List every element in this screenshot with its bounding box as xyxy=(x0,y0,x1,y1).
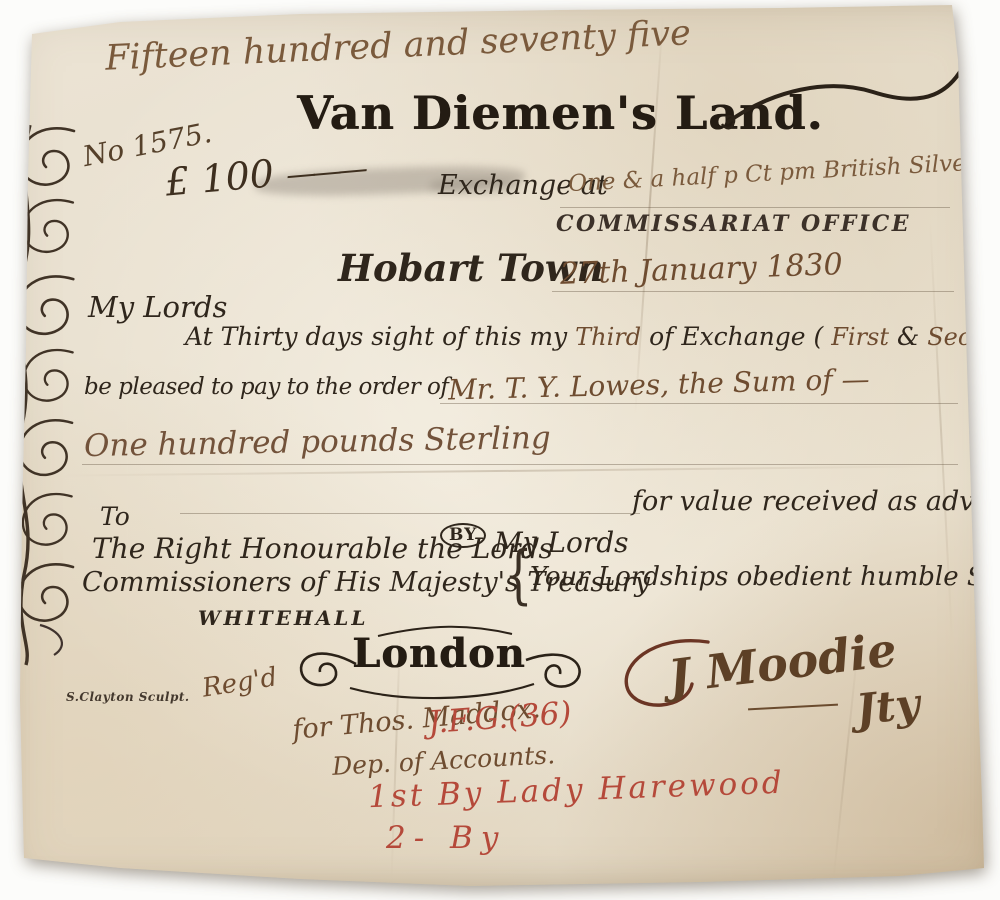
endorsement-second-written: 2- By xyxy=(386,820,506,856)
paper-crease xyxy=(60,465,940,476)
signature-underline xyxy=(748,704,838,711)
value-received-printed: for value received as advised xyxy=(632,486,1000,517)
payee-written: Mr. T. Y. Lowes, the Sum of — xyxy=(448,362,870,406)
amount-dash: ——— xyxy=(285,151,366,193)
sight-printed: At Thirty days sight of this my xyxy=(185,322,567,351)
london-label: London xyxy=(352,630,526,677)
to-label: To xyxy=(100,502,130,531)
engraver-imprint: S.Clayton Sculpt. xyxy=(66,690,190,704)
curly-brace: { xyxy=(504,538,533,612)
sight-written-third: Third xyxy=(575,323,641,351)
closing-line2: Your Lordships obedient humble Servant. xyxy=(530,562,1000,592)
salutation: My Lords xyxy=(88,290,227,324)
reg-note-written: Reg'd xyxy=(200,662,279,703)
baseline-rule xyxy=(552,291,954,292)
sight-written-first: First xyxy=(831,323,889,351)
exchange-rate-written: One & a half p Ct pm British Silver / xyxy=(568,149,993,197)
sight-printed: of Exchange ( xyxy=(649,322,823,351)
baseline-rule xyxy=(82,464,958,465)
baseline-rule xyxy=(180,513,640,514)
by-label: BY xyxy=(440,523,486,548)
baseline-rule xyxy=(440,403,958,404)
swash-flourish-icon xyxy=(718,18,978,138)
pay-order-printed: be pleased to pay to the order of xyxy=(84,374,448,400)
paper-background: Fifteen hundred and seventy five Van Die… xyxy=(0,0,1000,900)
sight-clause: At Thirty days sight of this my Third of… xyxy=(185,322,1000,351)
signature-paraph-written: Jty xyxy=(854,679,922,734)
amount-words-written: One hundred pounds Sterling xyxy=(84,420,551,464)
by-seal: BY xyxy=(440,525,486,545)
baseline-rule xyxy=(560,207,950,208)
memo-line: Fifteen hundred and seventy five xyxy=(104,13,691,79)
office-heading: COMMISSARIAT OFFICE xyxy=(556,211,911,237)
amount-value: £ 100 xyxy=(163,151,275,204)
sight-written-second: Second xyxy=(927,323,1000,351)
sight-printed: & xyxy=(897,322,919,351)
document-page: Fifteen hundred and seventy five Van Die… xyxy=(0,0,1000,900)
